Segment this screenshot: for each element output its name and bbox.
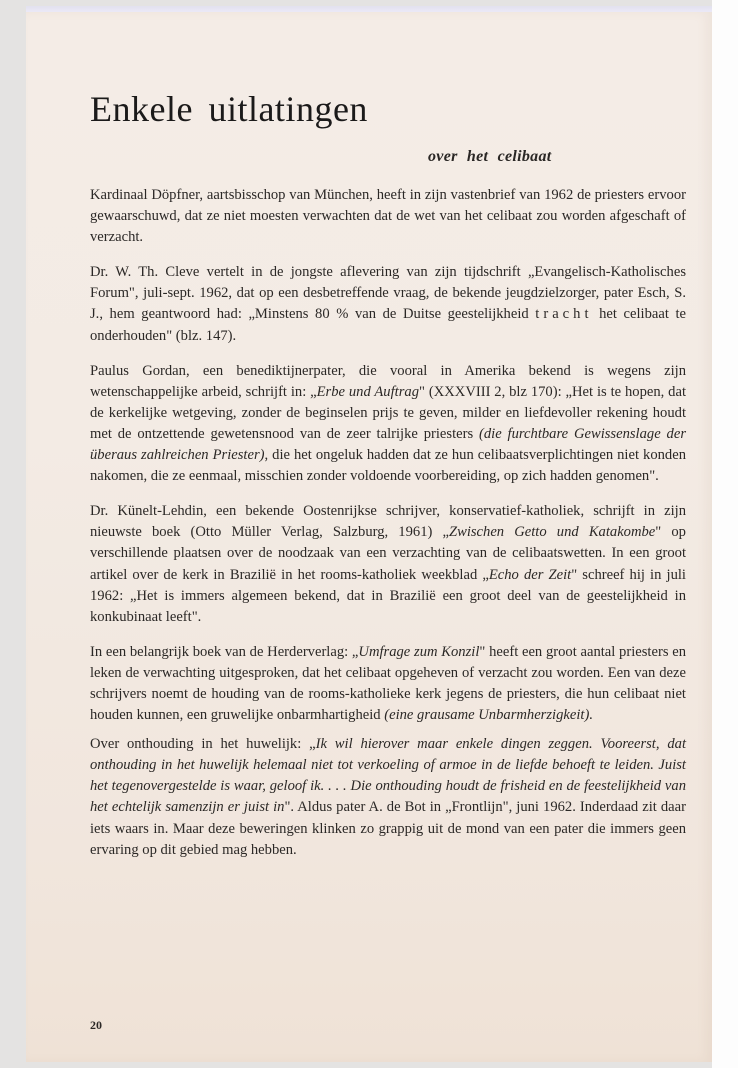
text-segment: Kardinaal Döpfner, aartsbisschop van Mün… [90,187,686,245]
text-segment: In een belangrijk boek van de Herderverl… [90,644,358,660]
italic-quote: (eine grausame Unbarmherzigkeit). [384,707,593,723]
italic-quote: Erbe und Auftrag [317,384,419,400]
article-title: Enkele uitlatingen [90,88,368,130]
emphasized-word: tracht [535,306,592,322]
paragraph-onthouding: Over onthouding in het huwelijk: „Ik wil… [90,734,686,861]
article-subtitle: over het celibaat [428,148,552,166]
text-segment: Over onthouding in het huwelijk: „ [90,736,316,752]
page-number: 20 [90,1018,102,1033]
paragraph-herderverlag: In een belangrijk boek van de Herderverl… [90,642,686,726]
italic-quote: Umfrage zum Konzil [358,644,479,660]
paragraph-kunelt-lehdin: Dr. Künelt-Lehdin, een bekende Oostenrij… [90,501,686,628]
italic-quote: Zwischen Getto und Katakombe [449,524,655,540]
paragraph-gordan: Paulus Gordan, een benediktijnerpater, d… [90,361,686,488]
article-body: Kardinaal Döpfner, aartsbisschop van Mün… [90,185,686,875]
paragraph-cleve: Dr. W. Th. Cleve vertelt in de jongste a… [90,262,686,346]
background-margin [712,0,738,1068]
italic-quote: Echo der Zeit [489,567,571,583]
paragraph-dopfner: Kardinaal Döpfner, aartsbisschop van Mün… [90,185,686,248]
